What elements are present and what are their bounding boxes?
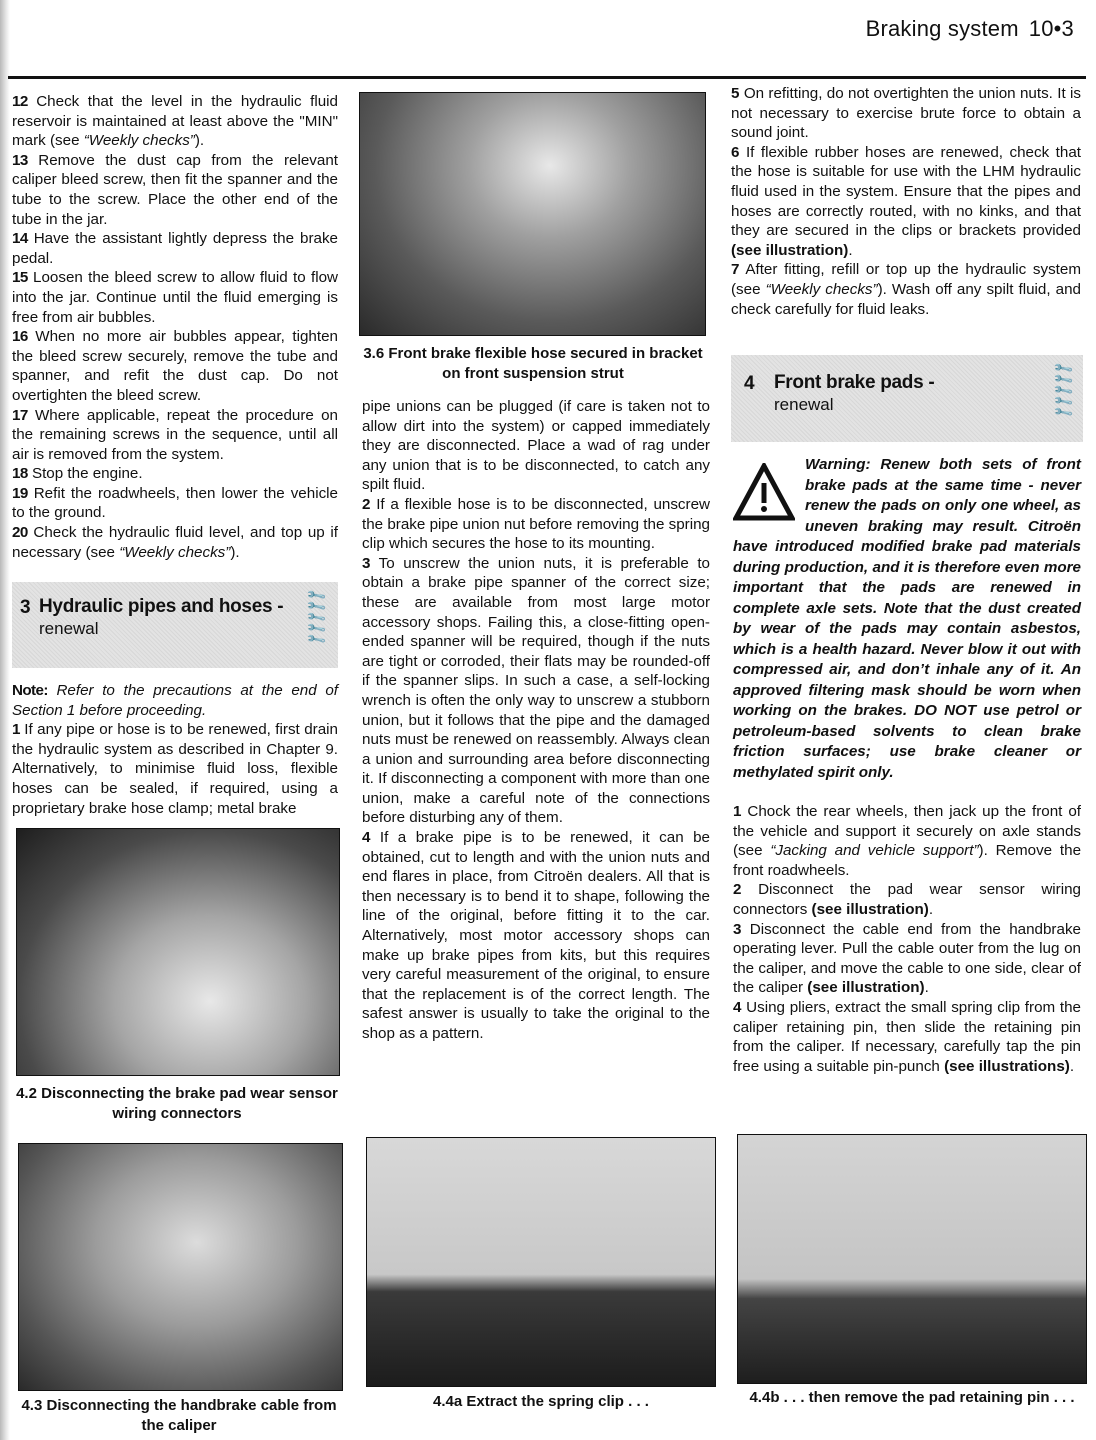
section-title: Hydraulic pipes and hoses - [39, 596, 283, 618]
step-paragraph: 3 Disconnect the cable end from the hand… [733, 920, 1081, 998]
handbrake-cable-image [19, 1144, 342, 1390]
figure-caption-4-4b: 4.4b . . . then remove the pad retaining… [737, 1388, 1087, 1408]
section-subtitle: renewal [774, 395, 834, 415]
continued-paragraph: pipe unions can be plugged (if care is t… [362, 397, 710, 495]
step-paragraph: 16 When no more air bubbles appear, tigh… [12, 327, 338, 405]
page-number: 10•3 [1029, 16, 1074, 41]
photo-4-4a [366, 1137, 716, 1387]
photo-3-6 [359, 92, 706, 336]
flexible-hose-bracket-image [360, 93, 705, 335]
figure-caption-4-2: 4.2 Disconnecting the brake pad wear sen… [12, 1084, 342, 1123]
middle-column-text: pipe unions can be plugged (if care is t… [362, 397, 710, 1044]
section-4-heading: 4 Front brake pads - renewal 🔧 🔧 🔧 🔧 🔧 [731, 355, 1083, 442]
figure-caption-4-3: 4.3 Disconnecting the handbrake cable fr… [14, 1396, 344, 1435]
step-paragraph: 6 If flexible rubber hoses are renewed, … [731, 143, 1081, 261]
figure-caption-3-6: 3.6 Front brake flexible hose secured in… [358, 344, 708, 383]
right-column-text: 5 On refitting, do not overtighten the u… [731, 84, 1081, 319]
note-paragraph: Note: Refer to the precautions at the en… [12, 681, 338, 720]
brake-pad-sensor-image [17, 829, 339, 1075]
step-paragraph: 17 Where applicable, repeat the procedur… [12, 406, 338, 465]
section-3-heading: 3 Hydraulic pipes and hoses - renewal 🔧 … [12, 582, 338, 668]
step-paragraph: 19 Refit the roadwheels, then lower the … [12, 484, 338, 523]
step-paragraph: 5 On refitting, do not overtighten the u… [731, 84, 1081, 143]
left-column-text: 12 Check that the level in the hydraulic… [12, 92, 338, 562]
section-number: 4 [744, 373, 755, 395]
section-subtitle: renewal [39, 619, 99, 639]
step-paragraph: 1 If any pipe or hose is to be renewed, … [12, 720, 338, 818]
section-3-intro: Note: Refer to the precautions at the en… [12, 681, 338, 818]
step-paragraph: 7 After fitting, refill or top up the hy… [731, 260, 1081, 319]
step-paragraph: 2 If a flexible hose is to be disconnect… [362, 495, 710, 554]
step-paragraph: 20 Check the hydraulic fluid level, and … [12, 523, 338, 562]
section-title: Front brake pads - [774, 372, 934, 394]
step-paragraph: 14 Have the assistant lightly depress th… [12, 229, 338, 268]
step-paragraph: 18 Stop the engine. [12, 464, 338, 484]
pad-retaining-pin-image [738, 1135, 1086, 1383]
step-paragraph: 12 Check that the level in the hydraulic… [12, 92, 338, 151]
chapter-title: Braking system [866, 16, 1019, 41]
section-number: 3 [20, 597, 31, 619]
photo-4-4b [737, 1134, 1087, 1384]
photo-4-2 [16, 828, 340, 1076]
step-paragraph: 3 To unscrew the union nuts, it is prefe… [362, 554, 710, 828]
difficulty-rating-icon: 🔧 🔧 🔧 🔧 🔧 [308, 590, 324, 645]
step-paragraph: 1 Chock the rear wheels, then jack up th… [733, 802, 1081, 880]
figure-caption-4-4a: 4.4a Extract the spring clip . . . [366, 1392, 716, 1412]
photo-4-3 [18, 1143, 343, 1391]
step-paragraph: 2 Disconnect the pad wear sensor wiring … [733, 880, 1081, 919]
warning-block: Warning: Renew both sets of front brake … [733, 455, 1081, 783]
running-header: Braking system10•3 [866, 16, 1074, 42]
page-binding-edge [0, 0, 10, 1440]
step-paragraph: 15 Loosen the bleed screw to allow fluid… [12, 268, 338, 327]
difficulty-rating-icon: 🔧 🔧 🔧 🔧 🔧 [1055, 363, 1071, 418]
warning-triangle-icon [733, 463, 795, 521]
header-rule [8, 76, 1086, 79]
step-paragraph: 4 If a brake pipe is to be renewed, it c… [362, 828, 710, 1044]
step-paragraph: 13 Remove the dust cap from the relevant… [12, 151, 338, 229]
section-4-steps: 1 Chock the rear wheels, then jack up th… [733, 802, 1081, 1076]
spring-clip-image [367, 1138, 715, 1386]
step-paragraph: 4 Using pliers, extract the small spring… [733, 998, 1081, 1076]
